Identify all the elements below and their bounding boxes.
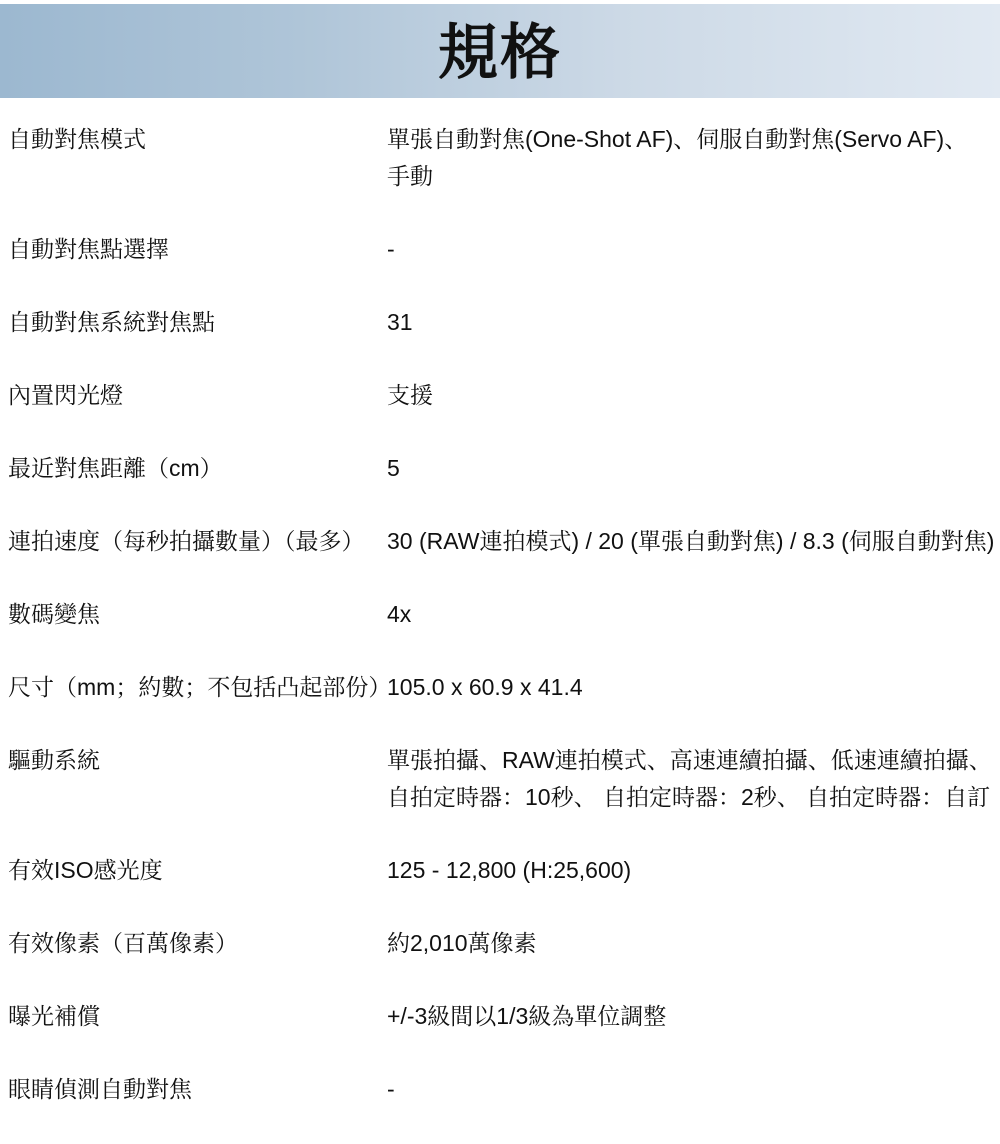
spec-label: 有效ISO感光度 (8, 852, 387, 889)
spec-value: 約2,010萬像素 (387, 925, 992, 962)
spec-row-exposure-compensation: 曝光補償 +/-3級間以1/3級為單位調整 (8, 998, 992, 1035)
spec-row-closest-focus-distance: 最近對焦距離（cm） 5 (8, 450, 992, 487)
spec-row-af-system-points: 自動對焦系統對焦點 31 (8, 304, 992, 341)
spec-table: 自動對焦模式 單張自動對焦(One-Shot AF)、伺服自動對焦(Servo … (0, 98, 1000, 1108)
spec-row-effective-pixels: 有效像素（百萬像素） 約2,010萬像素 (8, 925, 992, 962)
spec-value: - (387, 1071, 992, 1108)
spec-label: 自動對焦系統對焦點 (8, 304, 387, 341)
spec-value: +/-3級間以1/3級為單位調整 (387, 998, 992, 1035)
spec-value: 105.0 x 60.9 x 41.4 (387, 669, 992, 706)
spec-row-effective-iso: 有效ISO感光度 125 - 12,800 (H:25,600) (8, 852, 992, 889)
spec-page: 規格 自動對焦模式 單張自動對焦(One-Shot AF)、伺服自動對焦(Ser… (0, 0, 1000, 1144)
spec-row-drive-system: 驅動系統 單張拍攝、RAW連拍模式、高速連續拍攝、低速連續拍攝、 自拍定時器：1… (8, 742, 992, 816)
spec-row-digital-zoom: 數碼變焦 4x (8, 596, 992, 633)
spec-value: 單張拍攝、RAW連拍模式、高速連續拍攝、低速連續拍攝、 自拍定時器：10秒、 自… (387, 742, 992, 816)
spec-label: 有效像素（百萬像素） (8, 925, 387, 962)
spec-row-eye-detection-af: 眼睛偵測自動對焦 - (8, 1071, 992, 1108)
spec-label: 尺寸（mm；約數；不包括凸起部份） (8, 669, 387, 706)
spec-row-continuous-shooting-speed: 連拍速度（每秒拍攝數量）（最多） 30 (RAW連拍模式) / 20 (單張自動… (8, 523, 992, 560)
spec-value: 5 (387, 450, 992, 487)
spec-value: 4x (387, 596, 992, 633)
spec-row-dimensions: 尺寸（mm；約數；不包括凸起部份） 105.0 x 60.9 x 41.4 (8, 669, 992, 706)
spec-label: 數碼變焦 (8, 596, 387, 633)
spec-label: 連拍速度（每秒拍攝數量）（最多） (8, 523, 387, 560)
spec-label: 眼睛偵測自動對焦 (8, 1071, 387, 1108)
spec-row-af-mode: 自動對焦模式 單張自動對焦(One-Shot AF)、伺服自動對焦(Servo … (8, 121, 992, 195)
spec-label: 驅動系統 (8, 742, 387, 816)
spec-value: 30 (RAW連拍模式) / 20 (單張自動對焦) / 8.3 (伺服自動對焦… (387, 523, 994, 560)
page-title: 規格 (438, 19, 562, 83)
spec-row-af-point-selection: 自動對焦點選擇 - (8, 231, 992, 268)
spec-header-band: 規格 (0, 4, 1000, 98)
spec-label: 最近對焦距離（cm） (8, 450, 387, 487)
spec-label: 自動對焦點選擇 (8, 231, 387, 268)
spec-value: 支援 (387, 377, 992, 414)
spec-label: 曝光補償 (8, 998, 387, 1035)
spec-value: 單張自動對焦(One-Shot AF)、伺服自動對焦(Servo AF)、 手動 (387, 121, 992, 195)
spec-label: 內置閃光燈 (8, 377, 387, 414)
spec-value: 31 (387, 304, 992, 341)
spec-value: - (387, 231, 992, 268)
spec-value: 125 - 12,800 (H:25,600) (387, 852, 992, 889)
spec-label: 自動對焦模式 (8, 121, 387, 195)
spec-row-built-in-flash: 內置閃光燈 支援 (8, 377, 992, 414)
